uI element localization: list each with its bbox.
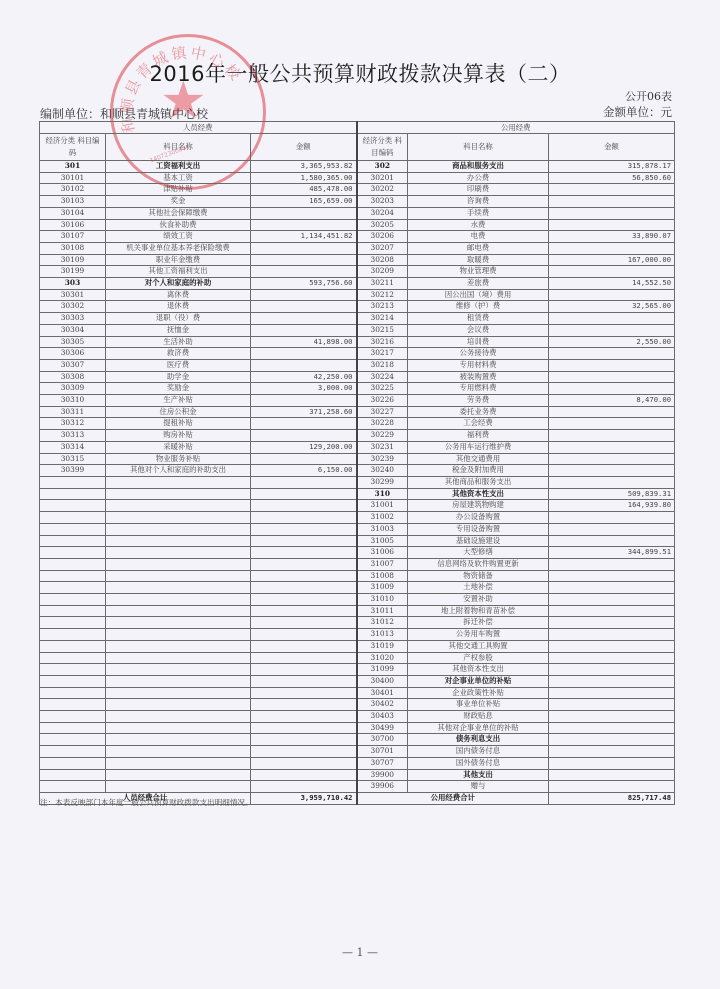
personnel-name-cell bbox=[106, 699, 251, 711]
personnel-name-cell: 住房公积金 bbox=[106, 406, 251, 418]
personnel-code-cell: 30311 bbox=[40, 406, 106, 418]
public-code-cell: 31019 bbox=[357, 640, 408, 652]
public-code-cell: 30215 bbox=[357, 324, 408, 336]
public-amount-cell bbox=[549, 371, 675, 383]
table-row: 31009土地补偿 bbox=[40, 582, 675, 594]
public-code-cell: 31020 bbox=[357, 652, 408, 664]
personnel-name-cell: 其他社会保障缴费 bbox=[106, 207, 251, 219]
personnel-name-cell: 生活补助 bbox=[106, 336, 251, 348]
personnel-name-cell bbox=[106, 711, 251, 723]
personnel-amount-cell bbox=[251, 430, 357, 442]
public-code-cell: 30400 bbox=[357, 675, 408, 687]
public-name-cell: 邮电费 bbox=[408, 242, 549, 254]
public-code-cell: 30499 bbox=[357, 722, 408, 734]
personnel-amount-cell bbox=[251, 605, 357, 617]
public-name-cell: 公务接待费 bbox=[408, 348, 549, 360]
personnel-amount-cell bbox=[251, 266, 357, 278]
personnel-name-cell bbox=[106, 746, 251, 758]
personnel-amount-cell: 1,580,365.00 bbox=[251, 172, 357, 184]
public-name-cell: 因公出国（境）费用 bbox=[408, 289, 549, 301]
public-amount-cell bbox=[549, 629, 675, 641]
public-amount-cell: 8,470.00 bbox=[549, 395, 675, 407]
public-name-cell: 咨询费 bbox=[408, 196, 549, 208]
personnel-amount-cell: 41,898.00 bbox=[251, 336, 357, 348]
organization-label: 编制单位：和顺县青城镇中心校 bbox=[40, 105, 208, 122]
personnel-amount-cell bbox=[251, 348, 357, 360]
public-amount-header: 金额 bbox=[549, 134, 675, 161]
table-row: 31006大型修缮344,899.51 bbox=[40, 547, 675, 559]
personnel-name-cell: 其他工资福利支出 bbox=[106, 266, 251, 278]
personnel-code-cell bbox=[40, 582, 106, 594]
table-row: 30401企业政策性补贴 bbox=[40, 687, 675, 699]
personnel-amount-cell: 485,478.00 bbox=[251, 184, 357, 196]
public-amount-cell bbox=[549, 476, 675, 488]
public-amount-cell bbox=[549, 418, 675, 430]
personnel-code-cell bbox=[40, 734, 106, 746]
public-name-cell: 租赁费 bbox=[408, 313, 549, 325]
public-amount-cell bbox=[549, 465, 675, 477]
public-amount-cell: 315,878.17 bbox=[549, 161, 675, 173]
public-code-cell: 30224 bbox=[357, 371, 408, 383]
public-name-cell: 培训费 bbox=[408, 336, 549, 348]
table-row: 30302退休费30213维修（护）费32,565.00 bbox=[40, 301, 675, 313]
personnel-amount-cell: 3,000.00 bbox=[251, 383, 357, 395]
public-amount-cell bbox=[549, 535, 675, 547]
public-name-cell: 债务利息支出 bbox=[408, 734, 549, 746]
personnel-amount-cell bbox=[251, 582, 357, 594]
public-name-cell: 专用材料费 bbox=[408, 359, 549, 371]
public-amount-cell: 32,565.00 bbox=[549, 301, 675, 313]
public-name-cell: 企业政策性补贴 bbox=[408, 687, 549, 699]
personnel-amount-header: 金额 bbox=[251, 134, 357, 161]
public-code-cell: 30401 bbox=[357, 687, 408, 699]
public-name-cell: 拆迁补偿 bbox=[408, 617, 549, 629]
personnel-amount-cell bbox=[251, 617, 357, 629]
public-amount-cell bbox=[549, 359, 675, 371]
personnel-name-cell: 工资福利支出 bbox=[106, 161, 251, 173]
personnel-amount-cell bbox=[251, 324, 357, 336]
public-code-cell: 31003 bbox=[357, 523, 408, 535]
personnel-name-cell: 生产补贴 bbox=[106, 395, 251, 407]
table-row: 30303退职（役）费30214租赁费 bbox=[40, 313, 675, 325]
public-code-cell: 30206 bbox=[357, 231, 408, 243]
personnel-code-cell bbox=[40, 476, 106, 488]
public-name-cell: 国内债务付息 bbox=[408, 746, 549, 758]
public-code-cell: 30201 bbox=[357, 172, 408, 184]
personnel-amount-cell bbox=[251, 757, 357, 769]
public-name-cell: 印刷费 bbox=[408, 184, 549, 196]
personnel-amount-cell bbox=[251, 523, 357, 535]
public-amount-cell bbox=[549, 582, 675, 594]
personnel-code-cell: 30104 bbox=[40, 207, 106, 219]
public-code-cell: 31099 bbox=[357, 664, 408, 676]
public-code-cell: 30211 bbox=[357, 278, 408, 290]
table-row: 30103奖金165,659.0030203咨询费 bbox=[40, 196, 675, 208]
public-amount-cell bbox=[549, 441, 675, 453]
personnel-name-cell: 奖励金 bbox=[106, 383, 251, 395]
public-amount-cell bbox=[549, 266, 675, 278]
public-amount-cell bbox=[549, 675, 675, 687]
personnel-code-header: 经济分类 科目编码 bbox=[40, 134, 106, 161]
table-row: 30305生活补助41,898.0030216培训费2,550.00 bbox=[40, 336, 675, 348]
personnel-amount-cell bbox=[251, 488, 357, 500]
public-amount-cell bbox=[549, 196, 675, 208]
personnel-code-cell bbox=[40, 652, 106, 664]
public-name-cell: 财政贴息 bbox=[408, 711, 549, 723]
table-row: 30701国内债务付息 bbox=[40, 746, 675, 758]
public-amount-cell bbox=[549, 781, 675, 793]
public-amount-cell bbox=[549, 769, 675, 781]
public-name-cell: 其他交通工具购置 bbox=[408, 640, 549, 652]
table-row: 31013公务用车购置 bbox=[40, 629, 675, 641]
public-code-cell: 30240 bbox=[357, 465, 408, 477]
public-name-cell: 安置补助 bbox=[408, 594, 549, 606]
public-code-cell: 30402 bbox=[357, 699, 408, 711]
personnel-amount-cell bbox=[251, 711, 357, 723]
personnel-amount-cell bbox=[251, 769, 357, 781]
personnel-code-cell bbox=[40, 722, 106, 734]
personnel-amount-cell bbox=[251, 781, 357, 793]
public-amount-cell bbox=[549, 699, 675, 711]
public-amount-cell: 14,552.50 bbox=[549, 278, 675, 290]
public-name-header: 科目名称 bbox=[408, 134, 549, 161]
public-name-cell: 办公设备购置 bbox=[408, 512, 549, 524]
personnel-name-cell bbox=[106, 512, 251, 524]
public-amount-cell bbox=[549, 640, 675, 652]
personnel-code-cell bbox=[40, 640, 106, 652]
personnel-amount-cell: 129,200.00 bbox=[251, 441, 357, 453]
personnel-code-cell bbox=[40, 558, 106, 570]
public-name-cell: 对企事业单位的补贴 bbox=[408, 675, 549, 687]
public-code-cell: 302 bbox=[357, 161, 408, 173]
table-row: 30707国外债务付息 bbox=[40, 757, 675, 769]
public-amount-cell: 344,899.51 bbox=[549, 547, 675, 559]
personnel-name-header: 科目名称 bbox=[106, 134, 251, 161]
public-total-amount: 825,717.48 bbox=[549, 792, 675, 804]
personnel-code-cell bbox=[40, 781, 106, 793]
personnel-section-header: 人员经费 bbox=[40, 122, 357, 134]
table-row: 31020产权参股 bbox=[40, 652, 675, 664]
public-section-header: 公用经费 bbox=[357, 122, 675, 134]
personnel-name-cell: 助学金 bbox=[106, 371, 251, 383]
public-amount-cell bbox=[549, 348, 675, 360]
public-amount-cell bbox=[549, 383, 675, 395]
public-code-cell: 30228 bbox=[357, 418, 408, 430]
personnel-amount-cell bbox=[251, 558, 357, 570]
public-code-cell: 30204 bbox=[357, 207, 408, 219]
personnel-amount-cell bbox=[251, 395, 357, 407]
personnel-code-cell bbox=[40, 699, 106, 711]
public-code-cell: 30209 bbox=[357, 266, 408, 278]
table-row: 30102津贴补贴485,478.0030202印刷费 bbox=[40, 184, 675, 196]
personnel-code-cell bbox=[40, 594, 106, 606]
personnel-name-cell: 提租补贴 bbox=[106, 418, 251, 430]
public-amount-cell bbox=[549, 652, 675, 664]
public-code-cell: 30214 bbox=[357, 313, 408, 325]
public-code-cell: 30701 bbox=[357, 746, 408, 758]
public-code-cell: 30403 bbox=[357, 711, 408, 723]
personnel-name-cell: 奖金 bbox=[106, 196, 251, 208]
public-amount-cell bbox=[549, 512, 675, 524]
personnel-code-cell: 30101 bbox=[40, 172, 106, 184]
public-name-cell: 事业单位补贴 bbox=[408, 699, 549, 711]
table-row: 31001房屋建筑物购建164,939.80 bbox=[40, 500, 675, 512]
personnel-name-cell bbox=[106, 640, 251, 652]
public-code-cell: 30207 bbox=[357, 242, 408, 254]
form-number: 公开06表 bbox=[625, 88, 672, 104]
table-row: 30399其他对个人和家庭的补助支出6,150.0030240税金及附加费用 bbox=[40, 465, 675, 477]
personnel-code-cell bbox=[40, 664, 106, 676]
personnel-amount-cell bbox=[251, 453, 357, 465]
public-amount-cell bbox=[549, 313, 675, 325]
public-code-cell: 30217 bbox=[357, 348, 408, 360]
public-code-cell: 30231 bbox=[357, 441, 408, 453]
personnel-name-cell: 对个人和家庭的补助 bbox=[106, 278, 251, 290]
footnote: 注：本表反映部门本年度一般公共预算财政拨款支出明细情况。 bbox=[40, 797, 253, 808]
public-amount-cell bbox=[549, 605, 675, 617]
table-row: 30310生产补贴30226劳务费8,470.00 bbox=[40, 395, 675, 407]
personnel-code-cell bbox=[40, 488, 106, 500]
personnel-amount-cell bbox=[251, 418, 357, 430]
column-header-row: 经济分类 科目编码 科目名称 金额 经济分类 科目编码 科目名称 金额 bbox=[40, 134, 675, 161]
public-name-cell: 物资储备 bbox=[408, 570, 549, 582]
public-code-cell: 31011 bbox=[357, 605, 408, 617]
public-amount-cell bbox=[549, 207, 675, 219]
personnel-code-cell: 30309 bbox=[40, 383, 106, 395]
public-code-cell: 30213 bbox=[357, 301, 408, 313]
public-amount-cell bbox=[549, 757, 675, 769]
public-code-cell: 30208 bbox=[357, 254, 408, 266]
personnel-name-cell: 采暖补贴 bbox=[106, 441, 251, 453]
personnel-amount-cell: 371,258.60 bbox=[251, 406, 357, 418]
personnel-name-cell bbox=[106, 664, 251, 676]
public-code-cell: 31005 bbox=[357, 535, 408, 547]
table-row: 30313购房补贴30229福利费 bbox=[40, 430, 675, 442]
public-name-cell: 维修（护）费 bbox=[408, 301, 549, 313]
personnel-name-cell: 绩效工资 bbox=[106, 231, 251, 243]
personnel-amount-cell bbox=[251, 359, 357, 371]
public-name-cell: 委托业务费 bbox=[408, 406, 549, 418]
personnel-amount-cell bbox=[251, 722, 357, 734]
personnel-amount-cell: 1,134,451.82 bbox=[251, 231, 357, 243]
public-code-cell: 30226 bbox=[357, 395, 408, 407]
public-name-cell: 其他交通费用 bbox=[408, 453, 549, 465]
personnel-code-cell: 30106 bbox=[40, 219, 106, 231]
personnel-name-cell bbox=[106, 687, 251, 699]
public-amount-cell: 56,850.60 bbox=[549, 172, 675, 184]
table-row: 30311住房公积金371,258.6030227委托业务费 bbox=[40, 406, 675, 418]
table-row: 30304抚恤金30215会议费 bbox=[40, 324, 675, 336]
public-name-cell: 房屋建筑物购建 bbox=[408, 500, 549, 512]
personnel-name-cell: 伙食补助费 bbox=[106, 219, 251, 231]
personnel-name-cell bbox=[106, 722, 251, 734]
table-row: 31002办公设备购置 bbox=[40, 512, 675, 524]
personnel-amount-cell bbox=[251, 289, 357, 301]
personnel-code-cell: 30107 bbox=[40, 231, 106, 243]
personnel-name-cell bbox=[106, 617, 251, 629]
public-code-cell: 31007 bbox=[357, 558, 408, 570]
public-amount-cell bbox=[549, 523, 675, 535]
public-name-cell: 电费 bbox=[408, 231, 549, 243]
personnel-amount-cell bbox=[251, 313, 357, 325]
table-row: 30109职业年金缴费30208取暖费167,000.00 bbox=[40, 254, 675, 266]
table-row: 30402事业单位补贴 bbox=[40, 699, 675, 711]
personnel-amount-cell bbox=[251, 594, 357, 606]
personnel-name-cell: 退休费 bbox=[106, 301, 251, 313]
public-amount-cell: 2,550.00 bbox=[549, 336, 675, 348]
personnel-code-cell: 30303 bbox=[40, 313, 106, 325]
public-code-cell: 30239 bbox=[357, 453, 408, 465]
personnel-name-cell: 救济费 bbox=[106, 348, 251, 360]
personnel-name-cell bbox=[106, 488, 251, 500]
public-amount-cell bbox=[549, 570, 675, 582]
personnel-code-cell bbox=[40, 629, 106, 641]
personnel-code-cell: 30305 bbox=[40, 336, 106, 348]
table-row: 30312提租补贴30228工会经费 bbox=[40, 418, 675, 430]
table-row: 39906赠与 bbox=[40, 781, 675, 793]
table-row: 30307医疗费30218专用材料费 bbox=[40, 359, 675, 371]
public-code-cell: 31002 bbox=[357, 512, 408, 524]
table-row: 30106伙食补助费30205水费 bbox=[40, 219, 675, 231]
public-code-cell: 31013 bbox=[357, 629, 408, 641]
public-name-cell: 土地补偿 bbox=[408, 582, 549, 594]
personnel-code-cell: 30103 bbox=[40, 196, 106, 208]
public-name-cell: 福利费 bbox=[408, 430, 549, 442]
personnel-code-cell: 30312 bbox=[40, 418, 106, 430]
public-name-cell: 地上附着物和青苗补偿 bbox=[408, 605, 549, 617]
personnel-amount-cell bbox=[251, 699, 357, 711]
public-amount-cell bbox=[549, 734, 675, 746]
personnel-code-cell: 30314 bbox=[40, 441, 106, 453]
public-code-cell: 30707 bbox=[357, 757, 408, 769]
public-code-cell: 30225 bbox=[357, 383, 408, 395]
document-page: 和顺县青城镇中心校 ★ 1407230000 2016年一般公共预算财政拨款决算… bbox=[0, 0, 720, 989]
public-amount-cell bbox=[549, 687, 675, 699]
personnel-code-cell: 30304 bbox=[40, 324, 106, 336]
personnel-code-cell bbox=[40, 675, 106, 687]
public-code-cell: 30218 bbox=[357, 359, 408, 371]
personnel-code-cell bbox=[40, 605, 106, 617]
public-code-cell: 31012 bbox=[357, 617, 408, 629]
personnel-name-cell: 职业年金缴费 bbox=[106, 254, 251, 266]
table-row: 30108机关事业单位基本养老保险缴费30207邮电费 bbox=[40, 242, 675, 254]
public-name-cell: 会议费 bbox=[408, 324, 549, 336]
public-code-cell: 30212 bbox=[357, 289, 408, 301]
personnel-code-cell: 30199 bbox=[40, 266, 106, 278]
table-row: 39900其他支出 bbox=[40, 769, 675, 781]
public-amount-cell bbox=[549, 594, 675, 606]
public-code-cell: 31009 bbox=[357, 582, 408, 594]
public-name-cell: 赠与 bbox=[408, 781, 549, 793]
public-name-cell: 产权参股 bbox=[408, 652, 549, 664]
personnel-name-cell bbox=[106, 547, 251, 559]
personnel-name-cell bbox=[106, 605, 251, 617]
public-name-cell: 其他资本性支出 bbox=[408, 664, 549, 676]
table-row: 30199其他工资福利支出30209物业管理费 bbox=[40, 266, 675, 278]
public-code-cell: 30227 bbox=[357, 406, 408, 418]
public-code-header: 经济分类 科目编码 bbox=[357, 134, 408, 161]
personnel-code-cell: 30310 bbox=[40, 395, 106, 407]
public-name-cell: 税金及附加费用 bbox=[408, 465, 549, 477]
table-row: 31011地上附着物和青苗补偿 bbox=[40, 605, 675, 617]
table-row: 30301离休费30212因公出国（境）费用 bbox=[40, 289, 675, 301]
table-row: 31099其他资本性支出 bbox=[40, 664, 675, 676]
budget-table: 人员经费 公用经费 经济分类 科目编码 科目名称 金额 经济分类 科目编码 科目… bbox=[39, 121, 675, 805]
public-name-cell: 国外债务付息 bbox=[408, 757, 549, 769]
personnel-name-cell: 机关事业单位基本养老保险缴费 bbox=[106, 242, 251, 254]
personnel-amount-cell bbox=[251, 746, 357, 758]
personnel-amount-cell bbox=[251, 664, 357, 676]
public-code-cell: 39900 bbox=[357, 769, 408, 781]
personnel-code-cell bbox=[40, 512, 106, 524]
personnel-name-cell bbox=[106, 582, 251, 594]
table-row: 31007信息网络及软件购置更新 bbox=[40, 558, 675, 570]
table-row: 30107绩效工资1,134,451.8230206电费33,890.07 bbox=[40, 231, 675, 243]
public-amount-cell bbox=[549, 324, 675, 336]
public-amount-cell bbox=[549, 617, 675, 629]
table-row: 30403财政贴息 bbox=[40, 711, 675, 723]
page-number: — 1 — bbox=[0, 946, 720, 959]
personnel-name-cell bbox=[106, 757, 251, 769]
public-name-cell: 信息网络及软件购置更新 bbox=[408, 558, 549, 570]
table-row: 30400对企事业单位的补贴 bbox=[40, 675, 675, 687]
personnel-amount-cell: 42,250.00 bbox=[251, 371, 357, 383]
personnel-amount-cell bbox=[251, 570, 357, 582]
personnel-code-cell: 30315 bbox=[40, 453, 106, 465]
personnel-name-cell: 退职（役）费 bbox=[106, 313, 251, 325]
personnel-name-cell bbox=[106, 523, 251, 535]
public-code-cell: 30299 bbox=[357, 476, 408, 488]
personnel-amount-cell: 165,659.00 bbox=[251, 196, 357, 208]
personnel-code-cell bbox=[40, 547, 106, 559]
public-code-cell: 31010 bbox=[357, 594, 408, 606]
personnel-amount-cell: 593,756.60 bbox=[251, 278, 357, 290]
public-amount-cell bbox=[549, 184, 675, 196]
personnel-code-cell bbox=[40, 757, 106, 769]
table-row: 30299其他商品和服务支出 bbox=[40, 476, 675, 488]
personnel-total-amount: 3,959,710.42 bbox=[251, 792, 357, 804]
personnel-name-cell: 物业服务补贴 bbox=[106, 453, 251, 465]
personnel-name-cell bbox=[106, 734, 251, 746]
table-row: 31012拆迁补偿 bbox=[40, 617, 675, 629]
personnel-amount-cell bbox=[251, 547, 357, 559]
personnel-code-cell: 30108 bbox=[40, 242, 106, 254]
public-amount-cell bbox=[549, 219, 675, 231]
public-amount-cell bbox=[549, 746, 675, 758]
public-code-cell: 30203 bbox=[357, 196, 408, 208]
table-row: 31010安置补助 bbox=[40, 594, 675, 606]
public-code-cell: 30205 bbox=[357, 219, 408, 231]
public-code-cell: 30202 bbox=[357, 184, 408, 196]
personnel-code-cell bbox=[40, 535, 106, 547]
personnel-amount-cell: 3,365,953.82 bbox=[251, 161, 357, 173]
personnel-code-cell: 30109 bbox=[40, 254, 106, 266]
personnel-amount-cell bbox=[251, 476, 357, 488]
personnel-name-cell: 其他对个人和家庭的补助支出 bbox=[106, 465, 251, 477]
public-name-cell: 公务用车运行维护费 bbox=[408, 441, 549, 453]
personnel-name-cell bbox=[106, 476, 251, 488]
personnel-amount-cell bbox=[251, 219, 357, 231]
public-name-cell: 专用燃料费 bbox=[408, 383, 549, 395]
personnel-code-cell: 30399 bbox=[40, 465, 106, 477]
public-amount-cell: 167,000.00 bbox=[549, 254, 675, 266]
personnel-name-cell bbox=[106, 629, 251, 641]
public-name-cell: 工会经费 bbox=[408, 418, 549, 430]
table-row: 30306救济费30217公务接待费 bbox=[40, 348, 675, 360]
public-name-cell: 专用设备购置 bbox=[408, 523, 549, 535]
public-amount-cell bbox=[549, 711, 675, 723]
personnel-name-cell: 购房补贴 bbox=[106, 430, 251, 442]
